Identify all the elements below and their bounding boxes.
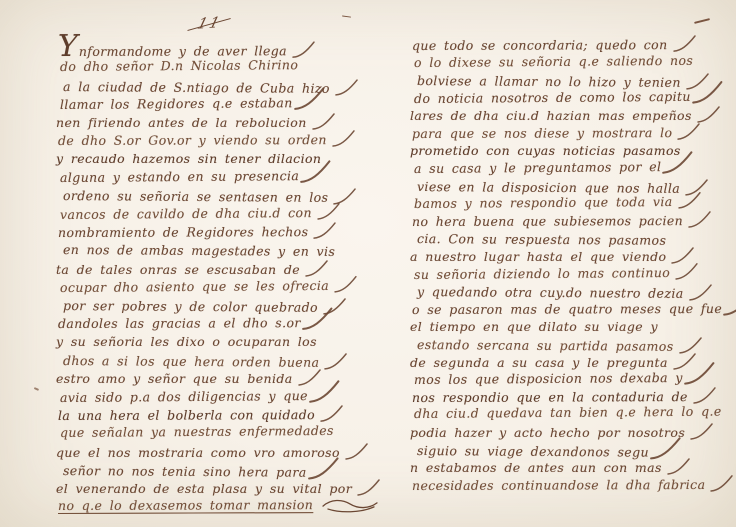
manuscript-line-text: podia hazer y acto hecho por nosotros — [410, 425, 685, 440]
scribal-rubric — [321, 497, 379, 518]
manuscript-line: mos los que disposicion nos dexaba y — [414, 368, 726, 388]
manuscript-line: o se pasaron mas de quatro meses que fue — [412, 299, 726, 318]
manuscript-line: o lo dixese su señoria q.e saliendo nos — [414, 51, 726, 71]
manuscript-line-text: cia. Con su respuesta nos pasamos — [417, 231, 666, 248]
manuscript-line: ocupar dho asiento que se les ofrecia — [60, 275, 372, 296]
manuscript-line-text: en nos de ambas magestades y en vis — [63, 242, 335, 259]
manuscript-line-text: nen firiendo antes de la rebolucion — [56, 115, 307, 130]
flourish-stroke — [696, 86, 720, 104]
manuscript-line-text: no hera buena que subiesemos pacien — [412, 213, 683, 229]
flourish-stroke — [666, 157, 690, 175]
flourish-stroke — [320, 405, 344, 423]
flourish-stroke — [305, 260, 329, 278]
manuscript-line-text: do noticia nosotros de como los capitu — [414, 89, 691, 106]
flourish-stroke — [313, 222, 337, 240]
flourish-stroke — [306, 314, 330, 332]
flourish-stroke — [678, 192, 702, 210]
flourish-stroke — [675, 262, 699, 280]
manuscript-line: nombramiento de Regidores hechos — [58, 222, 372, 241]
manuscript-line-text: n estabamos de antes aun con mas — [410, 460, 662, 475]
flourish-stroke — [304, 166, 328, 184]
flourish-stroke — [688, 211, 712, 229]
manuscript-line-text: vancos de cavildo de dha ciu.d con — [60, 205, 312, 222]
manuscript-line: vancos de cavildo de dha ciu.d con — [60, 202, 372, 223]
left-page-text-block: Ynformandome y de aver llegado dho señor… — [56, 40, 372, 516]
flourish-stroke — [357, 479, 381, 497]
manuscript-line-text: bamos y nos respondio que toda via — [414, 194, 673, 211]
manuscript-line-text: que señalan ya nuestras enfermedades — [60, 423, 334, 440]
flourish-stroke — [334, 276, 358, 294]
flourish-stroke — [688, 368, 712, 386]
manuscript-line: no hera buena que subiesemos pacien — [412, 211, 726, 230]
manuscript-line: de dho S.or Gov.or y viendo su orden — [58, 130, 372, 149]
manuscript-line-text: estando sercana su partida pasamos — [417, 337, 674, 354]
manuscript-line-text: llamar los Regidores q.e estaban — [60, 95, 293, 112]
manuscript-line-text: prometido con cuyas noticias pasamos — [410, 143, 681, 158]
right-page-text-block: que todo se concordaria; quedo cono lo d… — [410, 36, 726, 493]
manuscript-line-text: el tiempo en que dilato su viage y — [410, 319, 658, 334]
manuscript-line-text: que el nos mostraria como vro amoroso — [56, 445, 340, 460]
manuscript-line: n estabamos de antes aun con mas — [410, 458, 726, 476]
manuscript-line-text: señor no nos tenia sino hera para — [63, 463, 307, 480]
flourish-stroke — [317, 202, 341, 220]
flourish-stroke — [313, 385, 337, 403]
flourish-stroke — [312, 113, 336, 131]
manuscript-line: alguna y estando en su presencia — [60, 166, 372, 187]
manuscript-line: a su casa y le preguntamos por el — [414, 157, 726, 177]
manuscript-line-text: a su casa y le preguntamos por el — [414, 159, 661, 176]
flourish-stroke — [312, 463, 336, 481]
manuscript-line: que señalan ya nuestras enfermedades — [60, 422, 372, 443]
manuscript-line: do noticia nosotros de como los capitu — [414, 86, 726, 106]
manuscript-line-text: que todo se concordaria; quedo con — [412, 37, 668, 53]
manuscript-line: nen firiendo antes de la rebolucion — [56, 113, 372, 131]
flourish-stroke — [332, 130, 356, 148]
manuscript-line-text: y recaudo hazemos sin tener dilacion — [56, 151, 321, 166]
manuscript-line-text: de dho S.or Gov.or y viendo su orden — [58, 133, 327, 149]
manuscript-line-text: ocupar dho asiento que se les ofrecia — [60, 278, 329, 295]
manuscript-line: dandoles las gracias a el dho s.or — [58, 313, 372, 332]
manuscript-line-text: siguio su viage dexandonos segu — [417, 443, 649, 460]
manuscript-line: avia sido p.a dos diligencias y que — [60, 385, 372, 406]
manuscript-line-text: o se pasaron mas de quatro meses que fue — [412, 301, 722, 317]
flourish-stroke — [345, 443, 369, 461]
manuscript-line-text: estro amo y señor que su benida — [56, 371, 293, 386]
flourish-stroke — [710, 475, 734, 493]
flourish-stroke — [697, 106, 721, 124]
manuscript-line: dha ciu.d quedava tan bien q.e hera lo q… — [414, 403, 726, 423]
manuscript-scan: 11 Ynformandome y de aver llegado dho se… — [0, 0, 736, 527]
stray-ink-mark — [694, 18, 710, 23]
manuscript-line: no q.e lo dexasemos tomar mansion — [58, 496, 372, 515]
manuscript-line: do dho señor D.n Nicolas Chirino — [60, 56, 372, 77]
manuscript-line-text: y su señoria les dixo o ocuparan los — [56, 334, 317, 349]
manuscript-line-text: para que se nos diese y mostrara lo — [412, 125, 672, 141]
flourish-stroke — [727, 299, 736, 317]
manuscript-line-text: el venerando de esta plasa y su vital po… — [56, 481, 352, 496]
manuscript-line-text: o lo dixese su señoria q.e saliendo nos — [414, 52, 693, 69]
manuscript-line: y su señoria les dixo o ocuparan los — [56, 333, 372, 351]
manuscript-line-text: necesidades continuandose la dha fabrica — [412, 477, 705, 493]
flourish-stroke — [672, 35, 696, 53]
manuscript-line-text: mos los que disposicion nos dexaba y — [414, 370, 683, 387]
manuscript-line-text: su señoria diziendo lo mas continuo — [414, 265, 670, 282]
stray-ink-mark — [342, 15, 351, 18]
manuscript-line-text: dandoles las gracias a el dho s.or — [58, 316, 301, 332]
manuscript-page-right: que todo se concordaria; quedo cono lo d… — [410, 36, 726, 493]
flourish-stroke — [677, 123, 701, 141]
manuscript-line: para que se nos diese y mostrara lo — [412, 123, 726, 142]
manuscript-line-text: no q.e lo dexasemos tomar mansion — [58, 498, 313, 514]
manuscript-line: el tiempo en que dilato su viage y — [410, 318, 726, 336]
manuscript-line: llamar los Regidores q.e estaban — [60, 92, 372, 113]
manuscript-line: bamos y nos respondio que toda via — [414, 192, 726, 212]
manuscript-line: necesidades continuandose la dha fabrica — [412, 475, 726, 494]
manuscript-line: lares de dha ciu.d hazian mas empeños — [410, 106, 726, 124]
folio-number: 11 — [195, 13, 223, 33]
manuscript-line: su señoria diziendo lo mas continuo — [414, 262, 726, 282]
manuscript-line-text: a nuestro lugar hasta el que viendo — [410, 249, 666, 264]
flourish-stroke — [690, 423, 714, 441]
stray-ink-mark — [34, 387, 39, 390]
manuscript-line-text: avia sido p.a dos diligencias y que — [60, 388, 308, 405]
flourish-stroke — [298, 93, 322, 111]
manuscript-line-text: la una hera el bolberla con quidado — [58, 407, 315, 423]
manuscript-line: el venerando de esta plasa y su vital po… — [56, 479, 372, 497]
manuscript-line-text: lares de dha ciu.d hazian mas empeños — [410, 108, 692, 123]
manuscript-line-text: dha ciu.d quedava tan bien q.e hera lo q… — [414, 404, 722, 421]
manuscript-line-text: alguna y estando en su presencia — [60, 168, 299, 185]
manuscript-line-text: nombramiento de Regidores hechos — [58, 224, 308, 240]
manuscript-line: que todo se concordaria; quedo con — [412, 35, 726, 54]
manuscript-page-left: 11 Ynformandome y de aver llegado dho se… — [56, 40, 372, 516]
manuscript-line-text: dhos a si los que hera orden buena — [63, 353, 320, 370]
manuscript-line-text: ta de tales onras se escusaban de — [56, 262, 300, 277]
flourish-stroke — [324, 353, 348, 371]
flourish-stroke — [667, 458, 691, 476]
manuscript-line-text: do dho señor D.n Nicolas Chirino — [60, 57, 298, 74]
